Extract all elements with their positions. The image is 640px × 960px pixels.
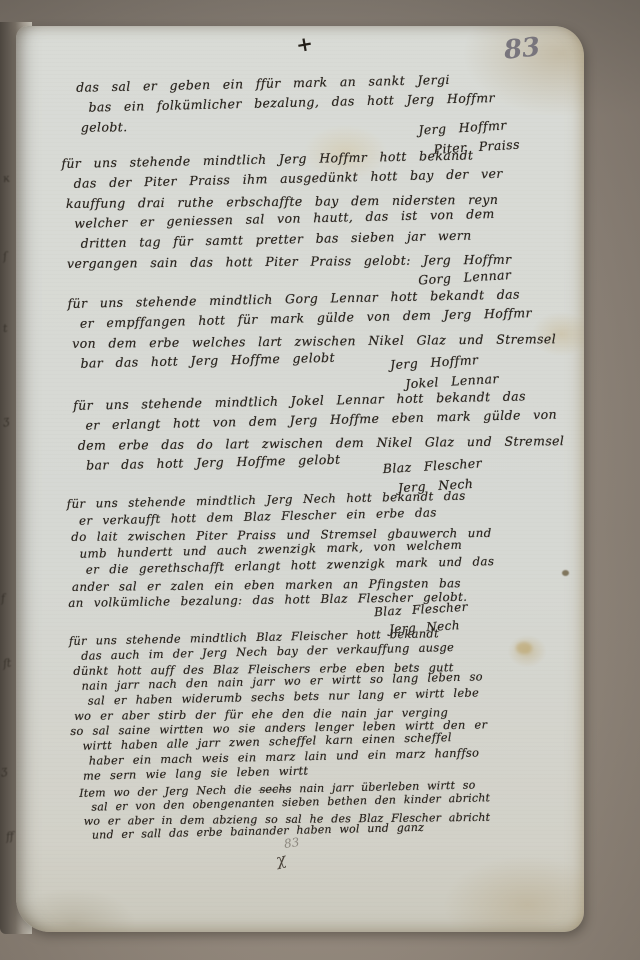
paragraph: Item wo der Jerg Nech die s̶e̶c̶h̶s̶ nai… [79,778,580,842]
paragraph: für uns stehende mindtlich Jerg Hoffmr h… [61,146,571,274]
paragraph: für uns stehende mindtlich Jerg Nech hot… [67,488,577,611]
folio-number-bottom: 83 [283,835,300,851]
folio-number-top: 83 [503,32,542,66]
text-block: das sal er geben ein ffür mark an sankt … [60,70,580,842]
bleedthrough-mark: ﬀ [5,830,14,844]
bleedthrough-mark: ʒ [0,764,8,778]
bleedthrough-mark: ĸ [2,172,10,186]
bleedthrough-mark: ʒ [2,414,10,428]
bleedthrough-mark: f [0,592,5,605]
cross-mark: + [294,31,315,58]
bleedthrough-mark: t [2,322,8,335]
scribe-mark: χ [274,849,288,870]
manuscript-page: + 83 das sal er geben ein ffür mark an s… [16,26,584,932]
bleedthrough-mark: ſ [2,250,7,263]
paragraph: für uns stehende mindtlich Blaz Fleische… [69,625,579,783]
bleedthrough-mark: ﬅ [2,657,12,671]
paragraph: das sal er geben ein ffür mark an sankt … [76,70,569,138]
paragraph: für uns stehende mindtlich Gorg Lennar h… [67,286,572,374]
paragraph: für uns stehende mindtlich Jokel Lennar … [73,388,574,476]
